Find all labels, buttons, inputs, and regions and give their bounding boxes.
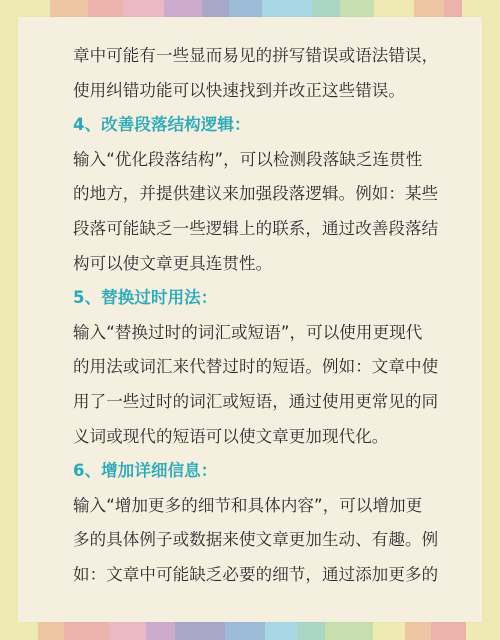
body-line: 用了一些过时的词汇或短语，通过使用更常见的同 — [73, 385, 429, 420]
body-line: 使用纠错功能可以快速找到并改正这些错误。 — [73, 74, 429, 109]
body-line: 多的具体例子或数据来使文章更加生动、有趣。例 — [73, 523, 429, 558]
body-line: 如：文章中可能缺乏必要的细节，通过添加更多的 — [73, 558, 429, 593]
section-heading-6: 6、增加详细信息： — [73, 454, 429, 489]
body-line: 构可以使文章更具连贯性。 — [73, 247, 429, 282]
body-line: 的地方，并提供建议来加强段落逻辑。例如：某些 — [73, 177, 429, 212]
body-line: 输入“替换过时的词汇或短语”，可以使用更现代 — [73, 316, 429, 351]
body-line: 输入“增加更多的细节和具体内容”，可以增加更 — [73, 489, 429, 524]
document-body: 章中可能有一些显而易见的拼写错误或语法错误， 使用纠错功能可以快速找到并改正这些… — [73, 39, 429, 593]
section-heading-4: 4、改善段落结构逻辑： — [73, 108, 429, 143]
section-heading-5: 5、替换过时用法： — [73, 281, 429, 316]
body-line: 章中可能有一些显而易见的拼写错误或语法错误， — [73, 39, 429, 74]
body-line: 段落可能缺乏一些逻辑上的联系，通过改善段落结 — [73, 212, 429, 247]
body-line: 义词或现代的短语可以使文章更加现代化。 — [73, 420, 429, 455]
body-line: 的用法或词汇来代替过时的短语。例如：文章中使 — [73, 350, 429, 385]
body-line: 输入“优化段落结构”，可以检测段落缺乏连贯性 — [73, 143, 429, 178]
